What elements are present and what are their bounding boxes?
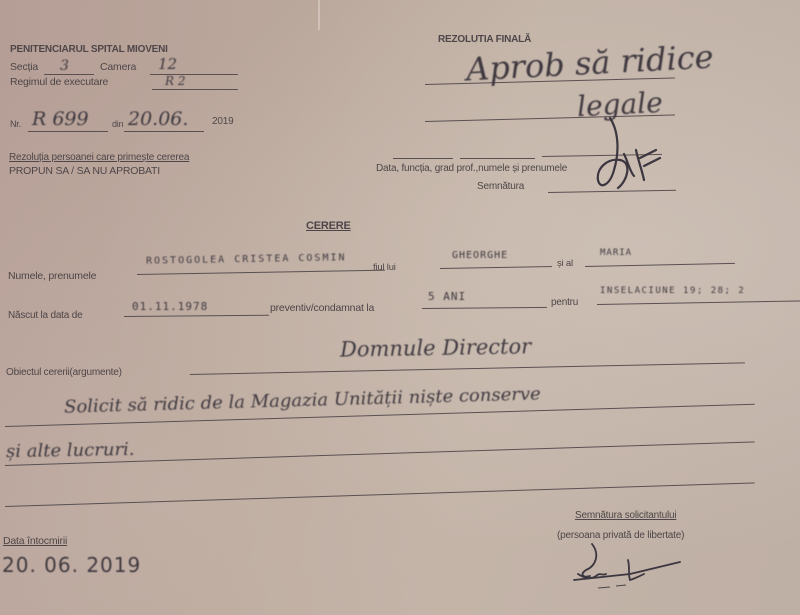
camera-line (150, 74, 238, 75)
director-signature-icon (580, 110, 670, 200)
din-line (124, 131, 204, 132)
si-al-line (585, 263, 735, 267)
din-label: din (112, 119, 123, 129)
regim-value: R 2 (165, 74, 185, 88)
preventiv-label: preventiv/condamnat la (270, 302, 374, 314)
data-functia-label: Data, funcția, grad prof.,numele și pren… (376, 163, 567, 174)
semnatura-label: Semnătura (477, 181, 524, 192)
sectia-line (44, 74, 94, 75)
nascut-label: Născut la data de (8, 310, 82, 321)
preventiv-value: 5 ANI (428, 290, 466, 303)
obiectul-line-1 (190, 362, 745, 375)
pentru-value: INSELACIUNE 19; 28; 2 (600, 286, 745, 296)
obiectul-text-1: Domnule Director (340, 334, 532, 361)
data-line-2 (460, 158, 535, 159)
nr-line (28, 131, 108, 132)
pentru-line (597, 300, 800, 305)
fiul-value: GHEORGHE (452, 250, 508, 261)
si-al-value: MARIA (600, 248, 632, 258)
year-printed: 2019 (212, 116, 233, 127)
fiul-line (440, 266, 552, 269)
nume-label: Numele, prenumele (8, 270, 96, 282)
cerere-title: CERERE (306, 220, 351, 232)
nume-line (137, 270, 385, 275)
preventiv-line (422, 307, 547, 309)
camera-label: Camera (100, 61, 136, 73)
semnatura-solicitant-label: Semnătura solicitantului (575, 510, 676, 521)
obiectul-line-4 (5, 482, 755, 507)
data-intocmirii-label: Data întocmirii (3, 535, 67, 547)
fiul-label: fiul lui (373, 262, 396, 273)
paper-fold (318, 0, 320, 30)
data-intocmirii-value: 20. 06. 2019 (2, 553, 141, 577)
nume-value: ROSTOGOLEA CRISTEA COSMIN (146, 252, 347, 266)
si-al-label: și al (557, 258, 573, 269)
nascut-line (124, 315, 269, 317)
regim-line (152, 89, 238, 90)
document-sheet: PENITENCIARUL SPITAL MIOVENI Secția 3 Ca… (0, 0, 800, 615)
rezolutia-text-1: Aprob să ridice (465, 38, 714, 89)
institution-name: PENITENCIARUL SPITAL MIOVENI (10, 44, 168, 55)
data-line-1 (393, 158, 453, 159)
obiectul-text-3: și alte lucruri. (6, 439, 135, 462)
nr-value: R 699 (32, 108, 89, 130)
obiectul-label: Obiectul cererii(argumente) (6, 367, 122, 378)
pentru-label: pentru (551, 297, 578, 308)
regim-label: Regimul de executare (10, 76, 108, 88)
rezolutia-finala-label: REZOLUTIA FINALĂ (438, 34, 531, 45)
sectia-label: Secția (10, 61, 38, 73)
camera-value: 12 (158, 55, 177, 73)
nr-label: Nr. (10, 119, 21, 129)
propun-label: PROPUN SA / SA NU APROBATI (9, 165, 160, 177)
sectia-value: 3 (60, 58, 69, 74)
rezolutia-persoanei-label: Rezoluția persoanei care primește cerere… (9, 152, 189, 163)
nascut-value: 01.11.1978 (132, 300, 208, 313)
solicitant-signature-icon (570, 540, 690, 600)
din-value: 20.06. (128, 108, 188, 130)
